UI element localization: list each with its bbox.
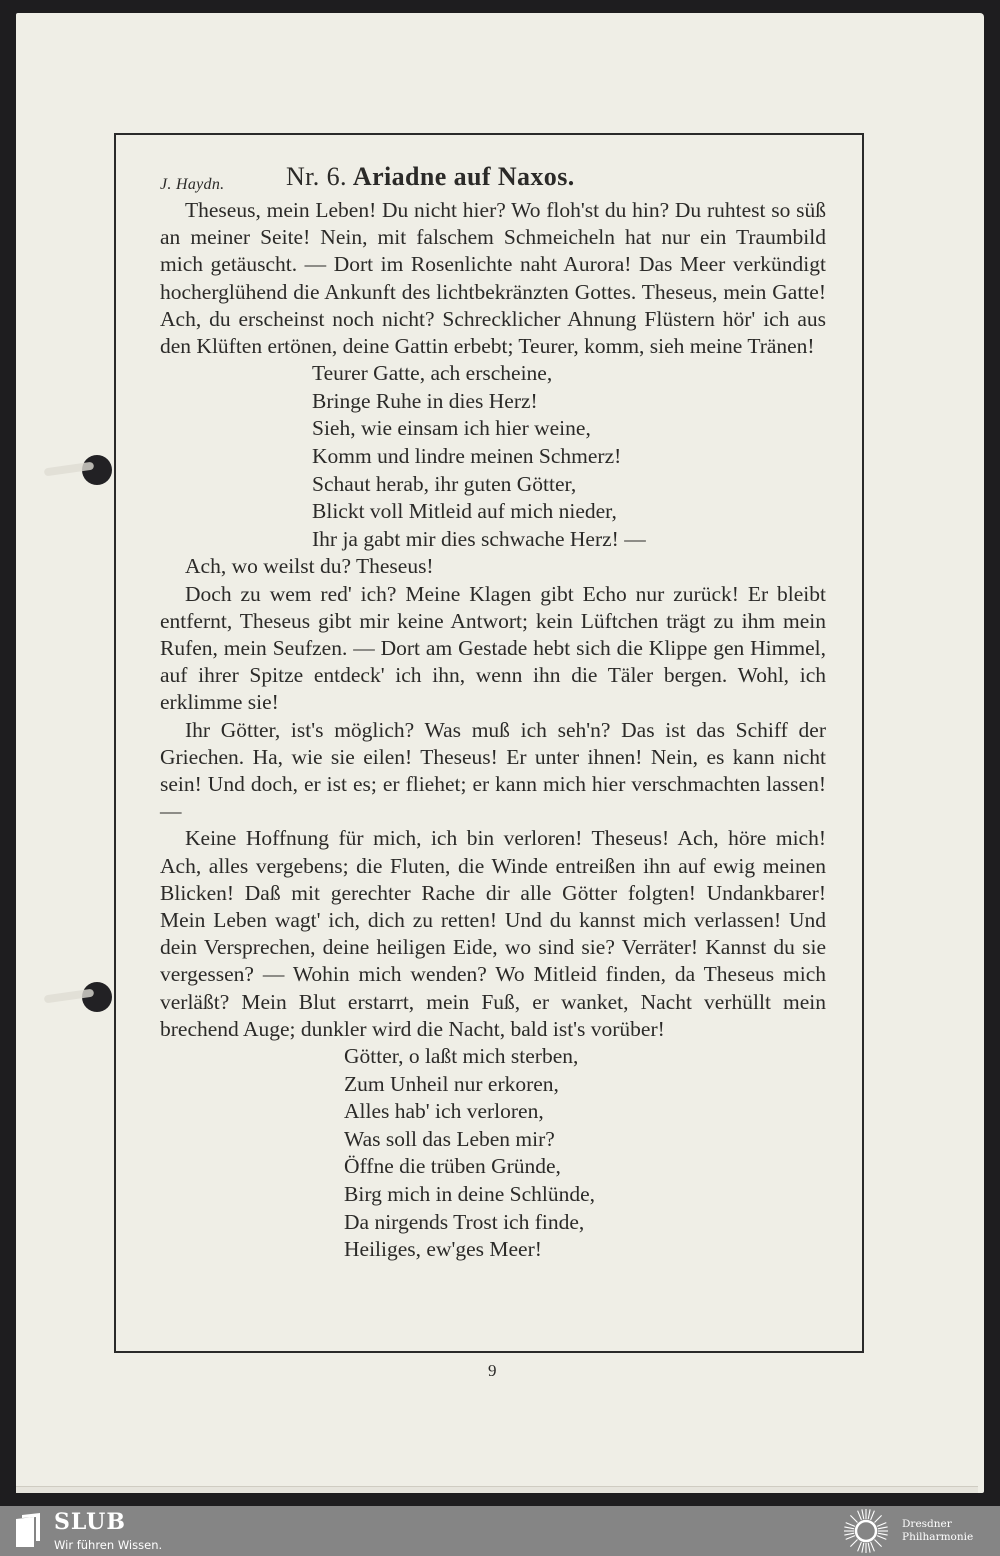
verse-line: Da nirgends Trost ich finde, xyxy=(344,1209,826,1237)
punch-hole-icon xyxy=(82,455,112,485)
recitative-paragraph: Doch zu wem red' ich? Meine Klagen gibt … xyxy=(160,581,826,717)
piece-title: Nr. 6.Ariadne auf Naxos. xyxy=(286,163,575,190)
slub-tagline: Wir führen Wissen. xyxy=(54,1538,162,1552)
punch-hole-icon xyxy=(82,982,112,1012)
slub-book-icon[interactable] xyxy=(14,1513,42,1549)
philharmonie-logo-text[interactable]: Dresdner Philharmonie xyxy=(902,1518,973,1544)
verse-line: Schaut herab, ihr guten Götter, xyxy=(312,471,826,499)
recitative-paragraph: Keine Hoffnung für mich, ich bin verlore… xyxy=(160,825,826,1043)
piece-number: Nr. 6. xyxy=(286,162,347,191)
philharmonie-sunburst-icon[interactable] xyxy=(843,1508,889,1554)
verse-line: Öffne die trüben Gründe, xyxy=(344,1153,826,1181)
composer-name: J. Haydn. xyxy=(160,171,224,198)
piece-title-text: Ariadne auf Naxos. xyxy=(353,162,575,191)
aria-verse-1: Teurer Gatte, ach erscheine, Bringe Ruhe… xyxy=(160,360,826,553)
verse-line: Götter, o laßt mich sterben, xyxy=(344,1043,826,1071)
piece-heading: J. Haydn. Nr. 6.Ariadne auf Naxos. xyxy=(160,163,826,197)
lyrics-text: J. Haydn. Nr. 6.Ariadne auf Naxos. These… xyxy=(160,163,826,1264)
recitative-line: Ach, wo weilst du? Theseus! xyxy=(160,553,826,580)
verse-line: Zum Unheil nur erkoren, xyxy=(344,1071,826,1099)
verse-line: Komm und lindre meinen Schmerz! xyxy=(312,443,826,471)
verse-line: Ihr ja gabt mir dies schwache Herz! — xyxy=(312,526,826,554)
verse-line: Birg mich in deine Schlünde, xyxy=(344,1181,826,1209)
verse-line: Teurer Gatte, ach erscheine, xyxy=(312,360,826,388)
verse-line: Alles hab' ich verloren, xyxy=(344,1098,826,1126)
verse-line: Sieh, wie einsam ich hier weine, xyxy=(312,415,826,443)
recitative-paragraph: Ihr Götter, ist's möglich? Was muß ich s… xyxy=(160,717,826,826)
page-bottom-edge xyxy=(16,1486,978,1493)
verse-line: Bringe Ruhe in dies Herz! xyxy=(312,388,826,416)
recitative-paragraph: Theseus, mein Leben! Du nicht hier? Wo f… xyxy=(160,197,826,360)
slub-logo-text[interactable]: SLUB xyxy=(54,1509,126,1535)
verse-line: Was soll das Leben mir? xyxy=(344,1126,826,1154)
footer-bar: SLUB Wir führen Wissen. Dresdner Philhar… xyxy=(0,1506,1000,1556)
verse-line: Heiliges, ew'ges Meer! xyxy=(344,1236,826,1264)
verse-line: Blickt voll Mitleid auf mich nieder, xyxy=(312,498,826,526)
page-number: 9 xyxy=(488,1361,497,1381)
aria-verse-2: Götter, o laßt mich sterben, Zum Unheil … xyxy=(160,1043,826,1264)
